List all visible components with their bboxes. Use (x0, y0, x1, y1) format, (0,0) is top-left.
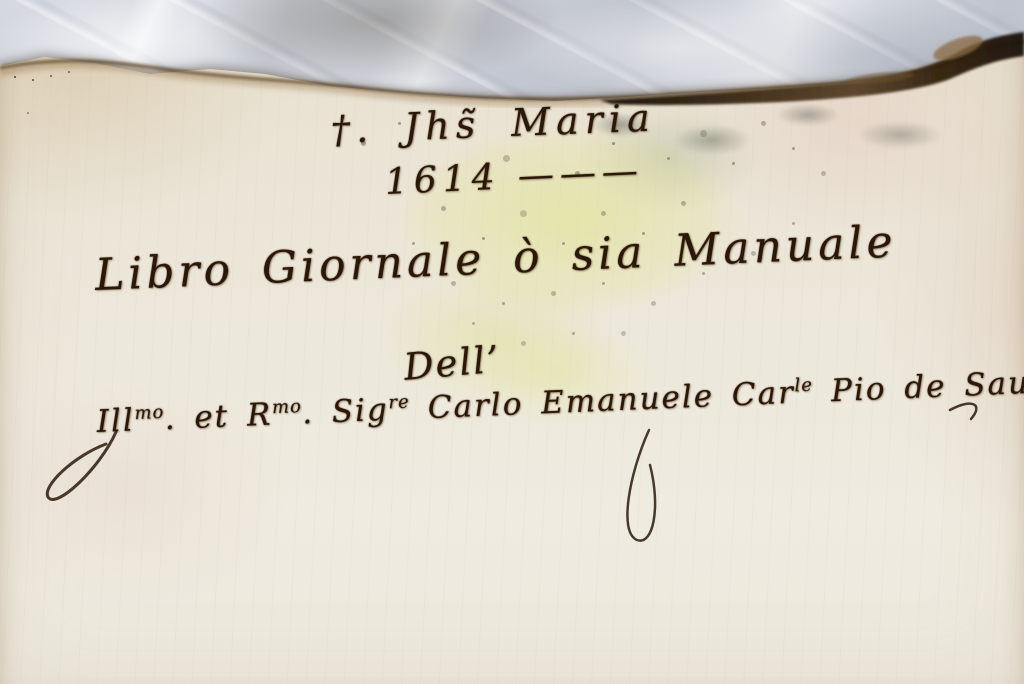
invocation-line: †. Jhs̃ Maria (330, 96, 656, 152)
year-line: 1614 ——— (384, 150, 645, 203)
attr-superscript: mo (134, 402, 165, 424)
attr-superscript: re (388, 392, 410, 414)
attribution-line: Illmo. et Rmo. Sigre Carlo Emanuele Carl… (96, 363, 1024, 440)
attr-part: Ill (96, 402, 136, 440)
manuscript-photo: †. Jhs̃ Maria 1614 ——— Libro Giornale ò … (0, 0, 1024, 684)
attr-superscript: le (794, 375, 813, 397)
attr-part: . et R (164, 397, 273, 437)
attr-part: . Sig (301, 392, 389, 432)
year-text: 1614 ——— (384, 150, 645, 203)
invocation-text: †. Jhs̃ Maria (330, 96, 656, 152)
attr-part: Pio de Sauoia (812, 363, 1024, 410)
title-text: Libro Giornale ò sia Manuale (94, 216, 897, 301)
attr-superscript: mo (272, 396, 303, 418)
preposition-line: Dell’ (402, 338, 502, 389)
preposition-text: Dell’ (402, 338, 502, 389)
handwriting-layer: †. Jhs̃ Maria 1614 ——— Libro Giornale ò … (0, 0, 1024, 684)
title-line: Libro Giornale ò sia Manuale (94, 216, 897, 301)
